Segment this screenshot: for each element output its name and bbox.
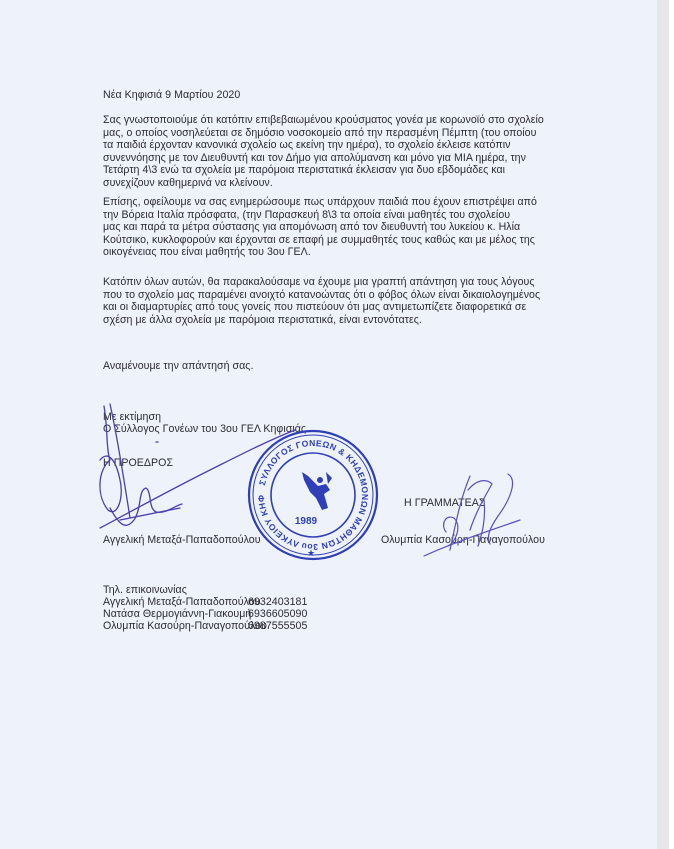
- paragraph-line: συνεχίζουν καθημερινά να κλείνουν.: [103, 177, 544, 190]
- contact-phone: 6932403181: [248, 596, 307, 608]
- contacts-heading: Τηλ. επικοινωνίας: [103, 584, 187, 597]
- paragraph-1: Σας γνωστοποιούμε ότι κατόπιν επιβεβαιωμ…: [103, 114, 544, 189]
- paragraph-line: μας, ο οποίος νοσηλεύεται σε δημόσιο νοσ…: [103, 127, 544, 140]
- paragraph-line: που το σχολείο μας παραμένει ανοιχτό κατ…: [103, 289, 540, 302]
- president-title: Η ΠΡΟΕΔΡΟΣ: [103, 457, 173, 470]
- secretary-title: Η ΓΡΑΜΜΑΤΕΑΣ: [404, 497, 485, 510]
- paragraph-3: Κατόπιν όλων αυτών, θα παρακαλούσαμε να …: [103, 276, 540, 326]
- page-edge-shadow: [657, 0, 669, 849]
- contact-phone: 6987555505: [248, 620, 307, 632]
- paragraph-line: μας και παρά τα μέτρα σύστασης για απομό…: [103, 221, 537, 234]
- paragraph-line: Κατόπιν όλων αυτών, θα παρακαλούσαμε να …: [103, 276, 540, 289]
- president-name: Αγγελική Μεταξά-Παπαδοπούλου: [103, 534, 261, 547]
- contact-row: Αγγελική Μεταξά-Παπαδοπούλου6932403181: [103, 596, 307, 609]
- contact-name: Αγγελική Μεταξά-Παπαδοπούλου: [103, 596, 248, 609]
- stamp-figure-icon: [302, 472, 332, 510]
- paragraph-2: Επίσης, οφείλουμε να σας ενημερώσουμε πω…: [103, 196, 537, 259]
- contact-row: Νατάσα Θερμογιάννη-Γιακουμή6936605090: [103, 608, 307, 621]
- paragraph-line: Επίσης, οφείλουμε να σας ενημερώσουμε πω…: [103, 196, 537, 209]
- paragraph-line: και οι διαμαρτυρίες από τους γονείς που …: [103, 301, 540, 314]
- paragraph-line: συνεννόησης με τον Διευθυντή και τον Δήμ…: [103, 152, 544, 165]
- stamp-star-icon: ★: [307, 549, 315, 559]
- contact-phone: 6936605090: [248, 608, 307, 620]
- contact-name: Νατάσα Θερμογιάννη-Γιακουμή: [103, 608, 248, 621]
- contact-row: Ολυμπία Κασούρη-Παναγοπούλου6987555505: [103, 620, 307, 633]
- paragraph-line: οικογένειας που είναι μαθητής του 3ου ΓΕ…: [103, 246, 537, 259]
- paragraph-line: τα παιδιά έρχονταν κανονικά σχολείο ως ε…: [103, 139, 544, 152]
- paragraph-line: σχέση με άλλα σχολεία με παρόμοια περιστ…: [103, 314, 540, 327]
- regards: Με εκτίμηση: [103, 411, 161, 424]
- closing-request: Αναμένουμε την απάντησή σας.: [103, 360, 253, 373]
- stamp-year: 1989: [295, 516, 318, 527]
- association-stamp: ΣΥΛΛΟΓΟΣ ΓΟΝΕΩΝ & ΚΗΔΕΜΟΝΩΝ ΜΑΘΗΤΩΝ 3ου …: [246, 428, 380, 562]
- date-line: Νέα Κηφισιά 9 Μαρτίου 2020: [103, 89, 240, 102]
- contact-name: Ολυμπία Κασούρη-Παναγοπούλου: [103, 620, 248, 633]
- paragraph-line: Τετάρτη 4\3 ενώ τα σχολεία με παρόμοια π…: [103, 164, 544, 177]
- paragraph-line: Κούτσικο, κυκλοφορούν και έρχονται σε επ…: [103, 234, 537, 247]
- secretary-name: Ολυμπία Κασούρη-Παναγοπούλου: [381, 534, 545, 547]
- paragraph-line: Σας γνωστοποιούμε ότι κατόπιν επιβεβαιωμ…: [103, 114, 544, 127]
- svg-text:ΣΥΛΛΟΓΟΣ ΓΟΝΕΩΝ & ΚΗΔΕΜΟΝΩΝ ΜΑ: ΣΥΛΛΟΓΟΣ ΓΟΝΕΩΝ & ΚΗΔΕΜΟΝΩΝ ΜΑΘΗΤΩΝ 3ου …: [246, 428, 370, 552]
- stamp-ring-text: ΣΥΛΛΟΓΟΣ ΓΟΝΕΩΝ & ΚΗΔΕΜΟΝΩΝ ΜΑΘΗΤΩΝ 3ου …: [246, 428, 370, 552]
- paragraph-line: την Βόρεια Ιταλία πρόσφατα, (την Παρασκε…: [103, 209, 537, 222]
